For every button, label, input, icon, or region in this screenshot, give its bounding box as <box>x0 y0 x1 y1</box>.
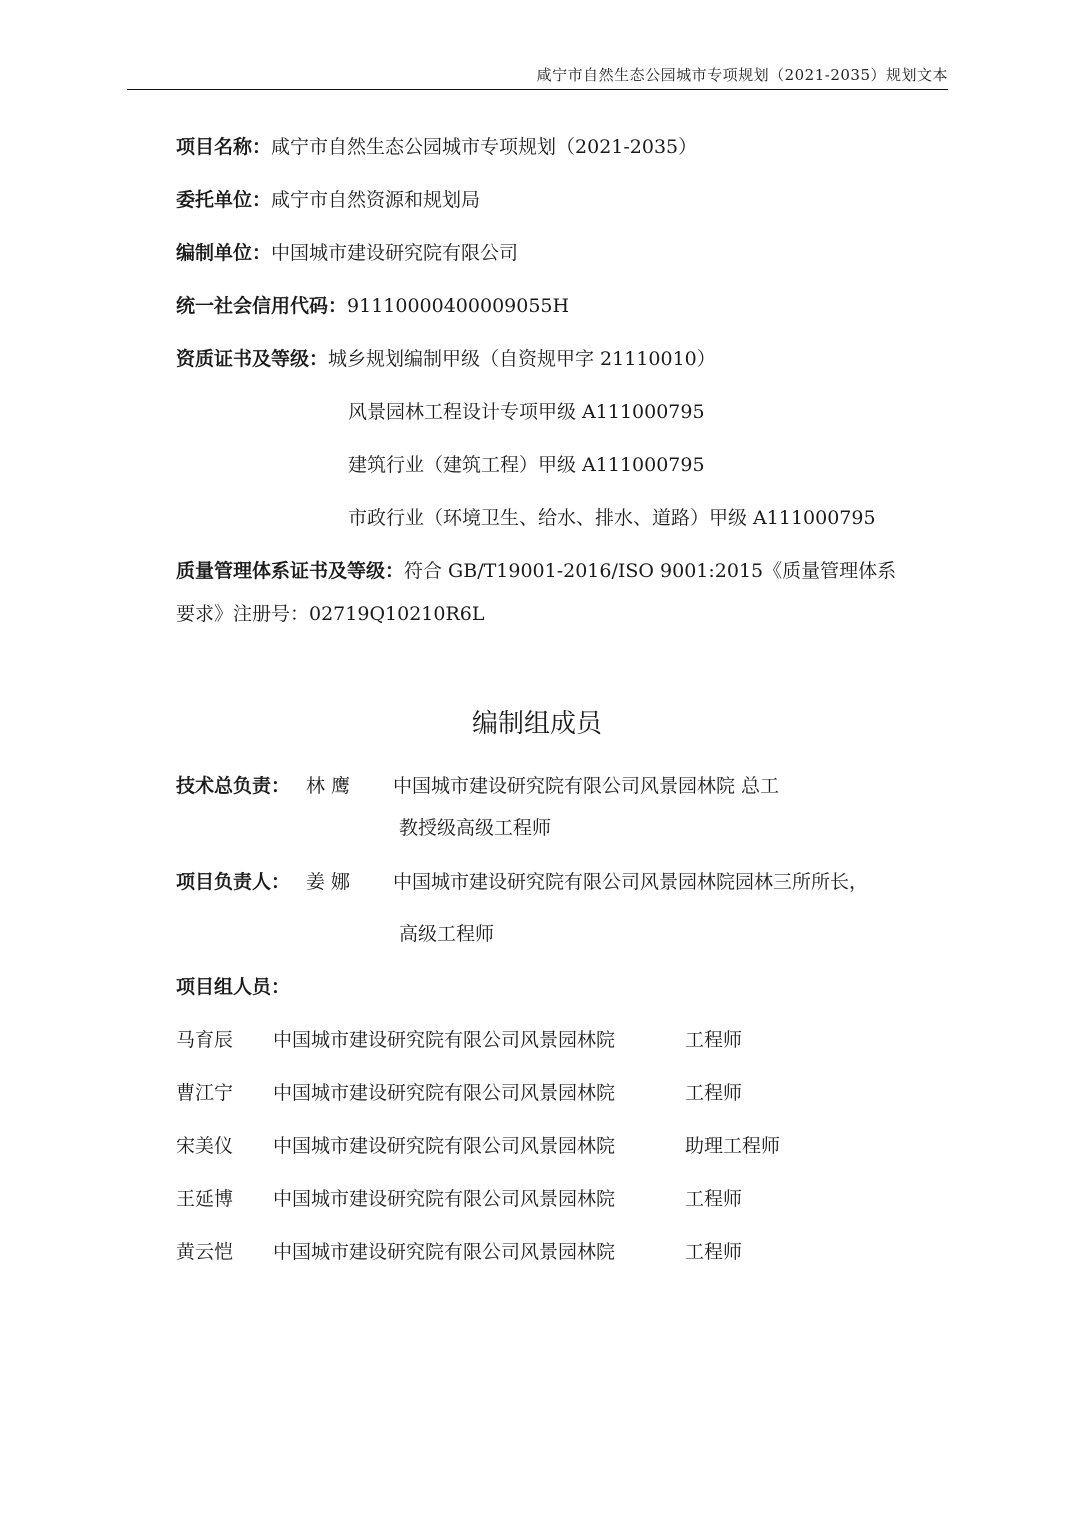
member-name: 马育辰 <box>176 1028 233 1052</box>
tech-lead-title: 教授级高级工程师 <box>399 816 551 840</box>
project-lead-org: 中国城市建设研究院有限公司风景园林院园林三所所长， <box>393 870 868 894</box>
compiler-label: 编制单位： <box>176 242 271 264</box>
project-lead-name: 姜 娜 <box>306 870 350 894</box>
member-title: 助理工程师 <box>685 1134 780 1158</box>
project-name-row: 项目名称：咸宁市自然生态公园城市专项规划（2021-2035） <box>176 135 697 159</box>
member-name: 曹江宁 <box>176 1081 233 1105</box>
tech-lead-label: 技术总负责： <box>176 774 290 798</box>
section-title: 编制组成员 <box>0 708 1074 740</box>
member-title: 工程师 <box>685 1187 742 1211</box>
member-title: 工程师 <box>685 1240 742 1264</box>
member-title: 工程师 <box>685 1028 742 1052</box>
qualification-item: 市政行业（环境卫生、给水、排水、道路）甲级 A111000795 <box>348 506 876 530</box>
quality-system-label: 质量管理体系证书及等级： <box>176 560 404 582</box>
compiler-value: 中国城市建设研究院有限公司 <box>271 242 518 264</box>
quality-system-value-cont: 要求》注册号：02719Q10210R6L <box>176 602 484 626</box>
member-name: 黄云恺 <box>176 1240 233 1264</box>
member-org: 中国城市建设研究院有限公司风景园林院 <box>273 1240 615 1264</box>
member-org: 中国城市建设研究院有限公司风景园林院 <box>273 1081 615 1105</box>
project-name-value: 咸宁市自然生态公园城市专项规划（2021-2035） <box>271 136 697 158</box>
qualification-item: 风景园林工程设计专项甲级 A111000795 <box>348 400 705 424</box>
member-org: 中国城市建设研究院有限公司风景园林院 <box>273 1028 615 1052</box>
project-lead-title: 高级工程师 <box>399 922 494 946</box>
client-label: 委托单位： <box>176 189 271 211</box>
qualifications-label: 资质证书及等级： <box>176 348 328 370</box>
member-name: 王延博 <box>176 1187 233 1211</box>
member-org: 中国城市建设研究院有限公司风景园林院 <box>273 1187 615 1211</box>
credit-code-label: 统一社会信用代码： <box>176 295 347 317</box>
qualifications-row: 资质证书及等级：城乡规划编制甲级（自资规甲字 21110010） <box>176 347 716 371</box>
quality-system-row: 质量管理体系证书及等级：符合 GB/T19001-2016/ISO 9001:2… <box>176 559 896 583</box>
credit-code-value: 91110000400009055H <box>347 295 569 317</box>
member-org: 中国城市建设研究院有限公司风景园林院 <box>273 1134 615 1158</box>
tech-lead-org: 中国城市建设研究院有限公司风景园林院 总工 <box>393 774 779 798</box>
client-row: 委托单位：咸宁市自然资源和规划局 <box>176 188 480 212</box>
running-header: 咸宁市自然生态公园城市专项规划（2021-2035）规划文本 <box>537 64 948 85</box>
qualification-item: 城乡规划编制甲级（自资规甲字 21110010） <box>328 348 716 370</box>
client-value: 咸宁市自然资源和规划局 <box>271 189 480 211</box>
members-label: 项目组人员： <box>176 975 290 999</box>
quality-system-value: 符合 GB/T19001-2016/ISO 9001:2015《质量管理体系 <box>404 560 896 582</box>
qualification-item: 建筑行业（建筑工程）甲级 A111000795 <box>348 453 705 477</box>
credit-code-row: 统一社会信用代码：91110000400009055H <box>176 294 569 318</box>
project-name-label: 项目名称： <box>176 136 271 158</box>
project-lead-label: 项目负责人： <box>176 870 290 894</box>
header-divider <box>127 89 948 90</box>
tech-lead-name: 林 鹰 <box>306 774 350 798</box>
compiler-row: 编制单位：中国城市建设研究院有限公司 <box>176 241 518 265</box>
member-name: 宋美仪 <box>176 1134 233 1158</box>
member-title: 工程师 <box>685 1081 742 1105</box>
